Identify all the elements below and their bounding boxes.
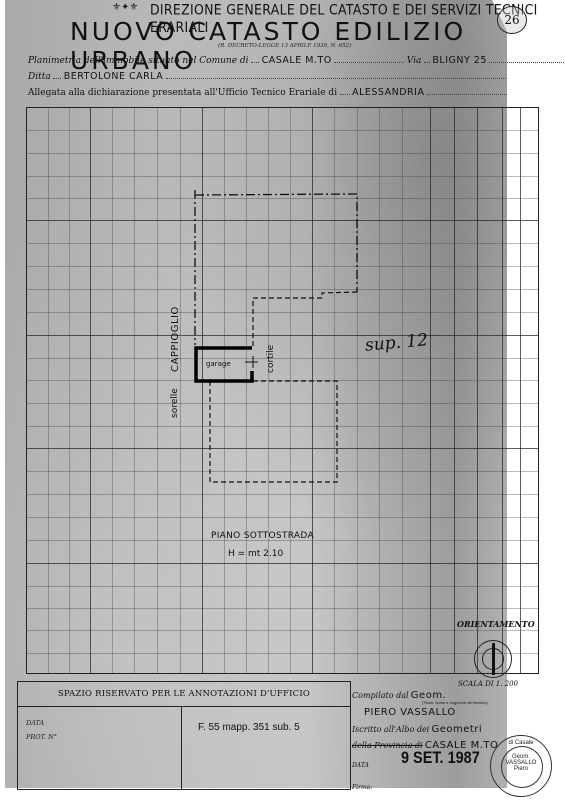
data-label: DATA — [26, 719, 181, 727]
cappioglio-label: CAPPIOGLIO — [170, 306, 181, 372]
annotations-left-cell: DATA PROT. N° — [18, 707, 182, 789]
firma-label: Firma: — [352, 784, 372, 791]
prot-label: PROT. N° — [26, 733, 181, 741]
albo-value: Geometri — [431, 724, 482, 735]
title-hint: (Titolo, nome e cognome del tecnico) — [422, 700, 488, 705]
compiler-name: PIERO VASSALLO — [364, 707, 456, 718]
date-label: DATA — [352, 762, 369, 769]
compilato-label: Compilato dal — [352, 691, 409, 700]
professional-seal-stamp: di Casale Geom. VASSALLO Piero — [490, 735, 552, 797]
office-annotations-box: SPAZIO RISERVATO PER LE ANNOTAZIONI D'UF… — [17, 681, 351, 790]
orientation-label: ORIENTAMENTO — [457, 619, 535, 629]
north-compass-icon — [474, 640, 512, 678]
cadastral-reference: F. 55 mapp. 351 sub. 5 — [198, 722, 300, 733]
sorelle-label: sorelle — [170, 388, 180, 418]
annotations-title: SPAZIO RISERVATO PER LE ANNOTAZIONI D'UF… — [18, 682, 350, 707]
iscritto-label: Iscritto all'Albo dei — [352, 725, 429, 734]
cortile-label: cortile — [266, 345, 276, 373]
garage-label: garage — [206, 360, 231, 368]
scale-label: SCALA DI 1. 200 — [458, 680, 518, 688]
floor-level-label: PIANO SOTTOSTRADA — [211, 531, 314, 541]
floor-height-label: H = mt 2.10 — [228, 549, 283, 559]
stamped-date: 9 SET. 1987 — [401, 748, 480, 768]
